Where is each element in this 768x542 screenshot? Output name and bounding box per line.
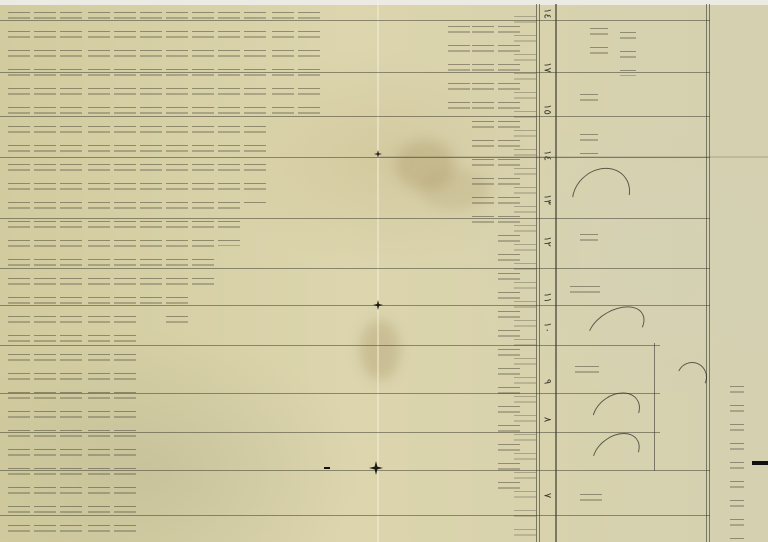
column-divider (654, 343, 655, 471)
name-entry (580, 488, 602, 506)
row-number: ٨ (542, 413, 553, 427)
handwriting-line (272, 6, 294, 126)
handwriting-line (34, 6, 56, 542)
name-entry (580, 228, 598, 248)
row-number: ٩ (542, 375, 553, 389)
page-edge-mark (752, 461, 768, 465)
margin-note (730, 380, 744, 542)
name-entry (570, 280, 600, 304)
row-number: ١١ (542, 291, 553, 305)
handwriting-line (192, 6, 214, 286)
handwriting-line (8, 6, 30, 542)
row-number: ١٥ (542, 103, 553, 117)
handwriting-amounts (472, 20, 494, 230)
name-entry (590, 22, 608, 62)
handwriting-amounts (514, 10, 536, 540)
row-number: ١٣ (542, 193, 553, 207)
row-number: ٧ (542, 489, 553, 503)
handwriting-amounts (448, 20, 470, 120)
handwriting-line (244, 6, 266, 206)
handwriting-line (114, 6, 136, 542)
handwriting-line (298, 6, 320, 116)
handwriting-line (218, 6, 240, 246)
handwriting-line (166, 6, 188, 326)
row-number: ١٧ (542, 61, 553, 75)
row-number: ١٤ (542, 149, 553, 163)
column-divider (706, 4, 707, 542)
column-divider (539, 4, 540, 542)
name-entry (620, 26, 636, 76)
row-number: ١٤ (542, 7, 553, 21)
fold-line-vertical (377, 0, 379, 542)
handwriting-line (60, 6, 82, 542)
row-number: ١٢ (542, 235, 553, 249)
handwriting-line (88, 6, 110, 542)
column-divider (536, 4, 537, 542)
name-entry (580, 88, 598, 112)
stain (360, 320, 400, 380)
column-divider (556, 4, 557, 542)
name-entry (575, 360, 599, 380)
row-number: ١٠ (542, 321, 553, 335)
handwriting-line (140, 6, 162, 306)
ink-mark (324, 467, 330, 469)
name-entry (580, 128, 598, 154)
column-divider (709, 4, 710, 542)
scan-top-edge (0, 0, 768, 5)
